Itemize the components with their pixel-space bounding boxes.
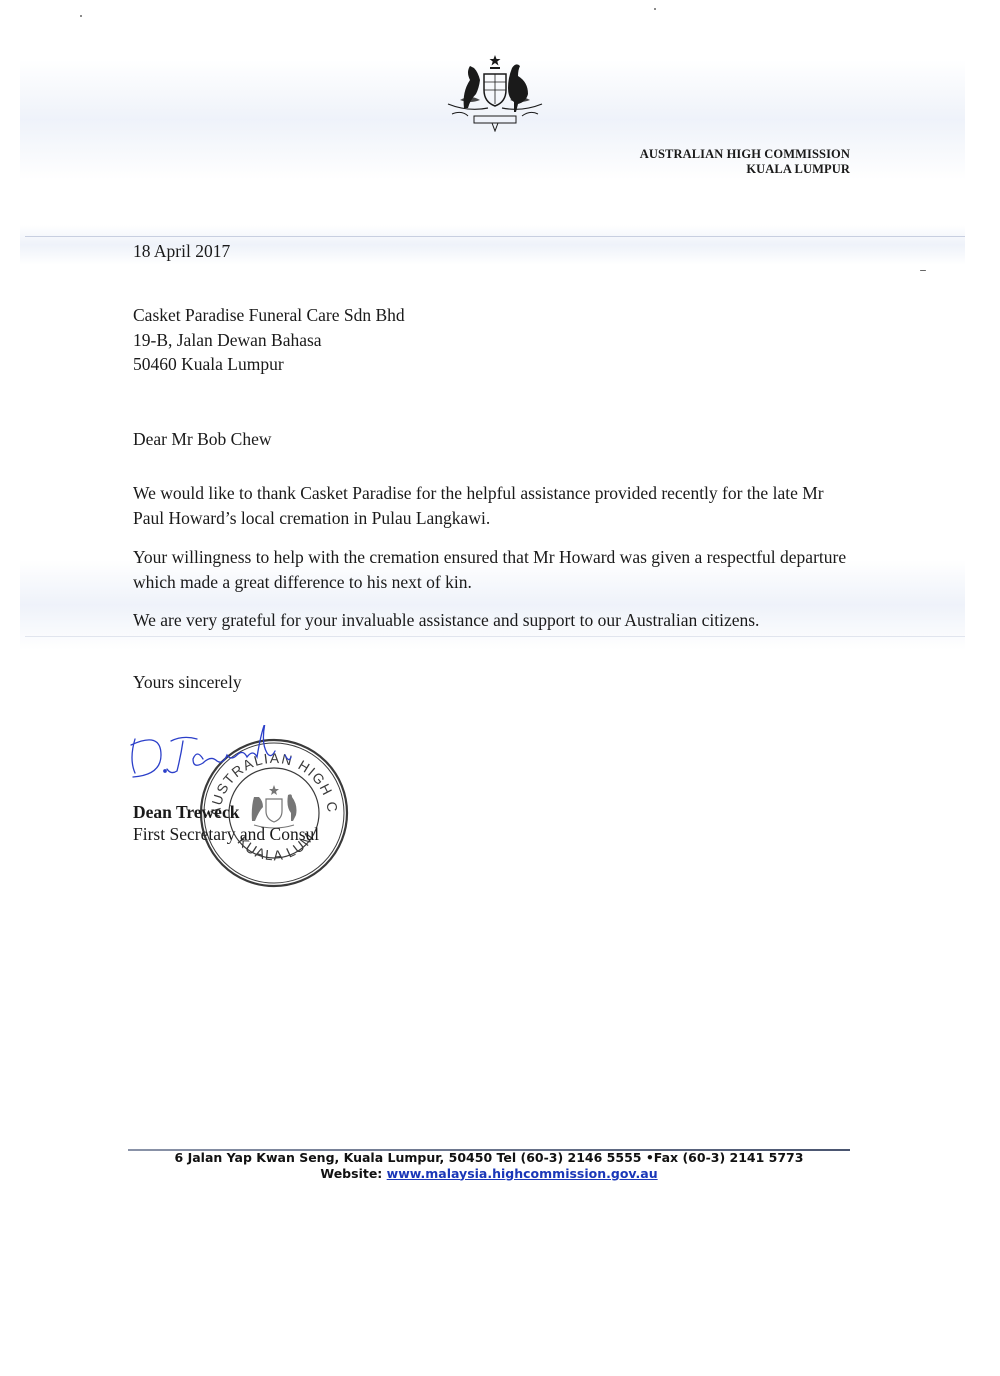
body-paragraph: We would like to thank Casket Paradise f… <box>133 481 853 530</box>
recipient-address: Casket Paradise Funeral Care Sdn Bhd 19-… <box>133 303 405 377</box>
recipient-address-line1: 19-B, Jalan Dewan Bahasa <box>133 328 405 353</box>
scan-speck <box>654 8 656 10</box>
scan-speck <box>920 270 926 271</box>
footer-address: 6 Jalan Yap Kwan Seng, Kuala Lumpur, 504… <box>128 1150 850 1166</box>
website-label: Website: <box>320 1166 382 1181</box>
paper-fold-line <box>25 636 965 637</box>
closing: Yours sincerely <box>133 670 242 695</box>
letterhead: AUSTRALIAN HIGH COMMISSION KUALA LUMPUR <box>640 147 850 177</box>
scan-speck <box>80 15 82 17</box>
paper-fold-line <box>25 236 965 237</box>
organisation-city: KUALA LUMPUR <box>640 162 850 177</box>
signer-title: First Secretary and Consul <box>133 823 319 845</box>
footer: 6 Jalan Yap Kwan Seng, Kuala Lumpur, 504… <box>128 1150 850 1181</box>
website-link[interactable]: www.malaysia.highcommission.gov.au <box>387 1166 658 1181</box>
letter-date: 18 April 2017 <box>133 239 230 264</box>
coat-of-arms-icon <box>440 52 550 132</box>
body-paragraph: Your willingness to help with the cremat… <box>133 545 853 594</box>
handwritten-signature <box>125 725 315 785</box>
body-paragraph: We are very grateful for your invaluable… <box>133 608 853 633</box>
recipient-address-line2: 50460 Kuala Lumpur <box>133 352 405 377</box>
recipient-name: Casket Paradise Funeral Care Sdn Bhd <box>133 303 405 328</box>
signer-name: Dean Treweck <box>133 801 239 823</box>
footer-website: Website: www.malaysia.highcommission.gov… <box>128 1166 850 1182</box>
salutation: Dear Mr Bob Chew <box>133 427 272 452</box>
organisation-name: AUSTRALIAN HIGH COMMISSION <box>640 147 850 162</box>
